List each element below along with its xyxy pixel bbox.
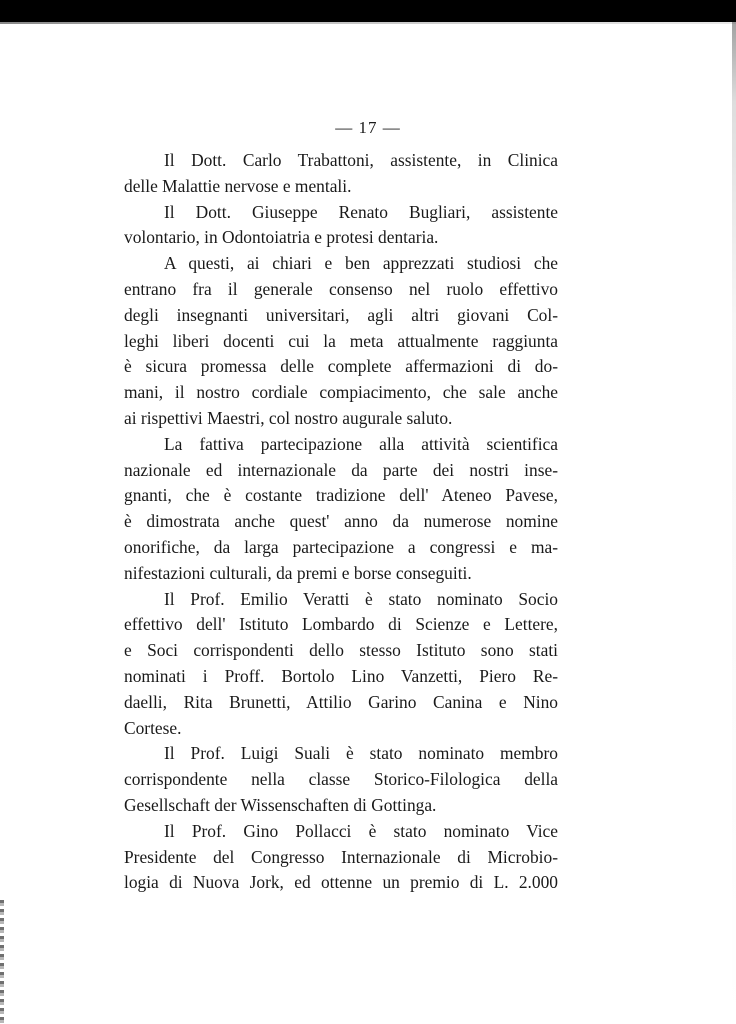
paragraph: Il Prof. Gino Pollacci è stato nominato …: [124, 819, 558, 896]
text-line: Il Dott. Giuseppe Renato Bugliari, assis…: [124, 200, 558, 226]
text-line: La fattiva partecipazione alla attività …: [124, 432, 558, 458]
scan-top-border: [0, 0, 736, 22]
text-line: gnanti, che è costante tradizione dell' …: [124, 483, 558, 509]
text-line: delle Malattie nervose e mentali.: [124, 174, 558, 200]
text-line: daelli, Rita Brunetti, Attilio Garino Ca…: [124, 690, 558, 716]
page-number: — 17 —: [0, 118, 736, 138]
text-line: Il Prof. Gino Pollacci è stato nominato …: [124, 819, 558, 845]
paragraph: Il Prof. Luigi Suali è stato nominato me…: [124, 741, 558, 818]
text-line: nifestazioni culturali, da premi e borse…: [124, 561, 558, 587]
paragraph: Il Prof. Emilio Veratti è stato nominato…: [124, 587, 558, 742]
text-line: Gesellschaft der Wissenschaften di Gotti…: [124, 793, 558, 819]
paragraph: A questi, ai chiari e ben apprezzati stu…: [124, 251, 558, 432]
text-line: nazionale ed internazionale da parte dei…: [124, 458, 558, 484]
text-line: ai rispettivi Maestri, col nostro augura…: [124, 406, 558, 432]
scan-left-binding: [0, 900, 4, 1024]
text-line: è dimostrata anche quest' anno da numero…: [124, 509, 558, 535]
text-line: effettivo dell' Istituto Lombardo di Sci…: [124, 612, 558, 638]
text-line: onorifiche, da larga partecipazione a co…: [124, 535, 558, 561]
paragraph: La fattiva partecipazione alla attività …: [124, 432, 558, 587]
paragraph: Il Dott. Carlo Trabattoni, assistente, i…: [124, 148, 558, 200]
text-line: leghi liberi docenti cui la meta attualm…: [124, 329, 558, 355]
scan-page-edge: [0, 22, 736, 24]
text-line: Il Prof. Luigi Suali è stato nominato me…: [124, 741, 558, 767]
scan-right-edge: [732, 22, 736, 1024]
text-line: Cortese.: [124, 716, 558, 742]
text-line: Il Prof. Emilio Veratti è stato nominato…: [124, 587, 558, 613]
text-line: entrano fra il generale consenso nel ruo…: [124, 277, 558, 303]
text-line: nominati i Proff. Bortolo Lino Vanzetti,…: [124, 664, 558, 690]
document-body: Il Dott. Carlo Trabattoni, assistente, i…: [124, 148, 558, 896]
text-line: è sicura promessa delle complete afferma…: [124, 354, 558, 380]
text-line: logia di Nuova Jork, ed ottenne un premi…: [124, 870, 558, 896]
text-line: mani, il nostro cordiale compiacimento, …: [124, 380, 558, 406]
text-line: Presidente del Congresso Internazionale …: [124, 845, 558, 871]
text-line: volontario, in Odontoiatria e protesi de…: [124, 225, 558, 251]
text-line: corrispondente nella classe Storico-Filo…: [124, 767, 558, 793]
text-line: A questi, ai chiari e ben apprezzati stu…: [124, 251, 558, 277]
text-line: degli insegnanti universitari, agli altr…: [124, 303, 558, 329]
text-line: Il Dott. Carlo Trabattoni, assistente, i…: [124, 148, 558, 174]
paragraph: Il Dott. Giuseppe Renato Bugliari, assis…: [124, 200, 558, 252]
text-line: e Soci corrispondenti dello stesso Istit…: [124, 638, 558, 664]
